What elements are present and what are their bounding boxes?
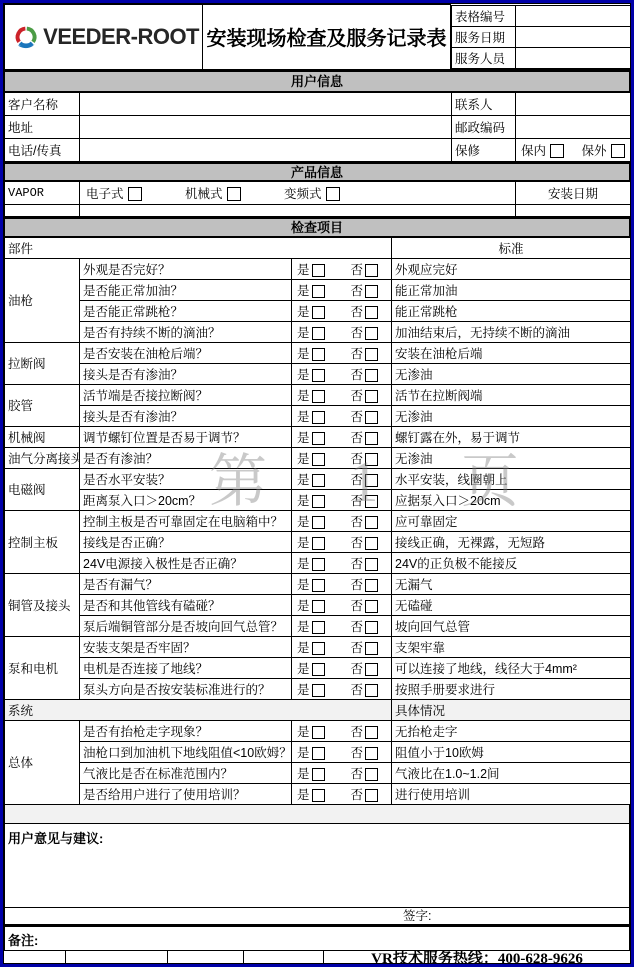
no-label: 否 [351,725,364,739]
inspection-table: 部件 标准 油枪外观是否完好？是否外观应完好是否能正常加油？是否能正常加油是否能… [4,237,631,805]
yes-checkbox[interactable] [312,537,325,550]
no-checkbox[interactable] [365,348,378,361]
no-checkbox[interactable] [365,726,378,739]
yes-checkbox[interactable] [312,579,325,592]
yes-no-cell: 是否 [292,762,392,783]
yes-no-cell: 是否 [292,468,392,489]
question-text: 是否能正常跳枪？ [80,300,292,321]
yes-checkbox[interactable] [312,432,325,445]
warranty-options: 保内 保外 [516,138,631,161]
question-text: 外观是否完好？ [80,258,292,279]
system-row: 系统具体情况 [5,699,631,720]
yes-no-cell: 是否 [292,720,392,741]
inspection-row: 胶管活节端是否接拉断阀？是否活节在拉断阀端 [5,384,631,405]
yes-no-cell: 是否 [292,678,392,699]
no-checkbox[interactable] [365,453,378,466]
yes-label: 是 [297,767,310,781]
yes-no-cell: 是否 [292,573,392,594]
yes-checkbox[interactable] [312,264,325,277]
yes-label: 是 [297,494,310,508]
inspection-row: 是否有持续不断的滴油？是否加油结束后，无持续不断的滴油 [5,321,631,342]
yes-label: 是 [297,683,310,697]
no-label: 否 [351,557,364,571]
address-label: 地址 [5,115,80,138]
inspection-row: 泵后端铜管部分是否坡向回气总管？是否坡向回气总管 [5,615,631,636]
standard-column-header: 标准 [392,237,631,258]
yes-label: 是 [297,557,310,571]
question-text: 是否安装在油枪后端？ [80,342,292,363]
no-label: 否 [351,515,364,529]
postal-code-label: 邮政编码 [452,115,516,138]
standard-text: 应可靠固定 [392,510,631,531]
yes-no-cell: 是否 [292,447,392,468]
no-checkbox[interactable] [365,558,378,571]
component-label: 泵和电机 [5,636,80,699]
warranty-out-option: 保外 [582,141,625,159]
yes-label: 是 [297,263,310,277]
signature-label: 签字: [403,909,431,923]
product-model-input[interactable] [80,204,516,216]
hotline-text: VR技术服务热线：400-628-9626 [324,951,630,965]
inspection-row: 泵和电机安装支架是否牢固？是否支架牢靠 [5,636,631,657]
warranty-in-checkbox[interactable] [550,144,564,158]
yes-no-cell: 是否 [292,300,392,321]
yes-label: 是 [297,389,310,403]
no-label: 否 [351,494,364,508]
yes-checkbox[interactable] [312,684,325,697]
type-electronic-option: 电子式 [86,184,142,202]
yes-label: 是 [297,431,310,445]
question-text: 距离泵入口＞20cm？ [80,489,292,510]
component-label: 铜管及接头 [5,573,80,636]
no-label: 否 [351,263,364,277]
no-label: 否 [351,620,364,634]
yes-checkbox[interactable] [312,453,325,466]
question-text: 是否有渗油？ [80,447,292,468]
question-text: 气液比是否在标准范围内？ [80,762,292,783]
no-checkbox[interactable] [365,621,378,634]
standard-text: 无渗油 [392,447,631,468]
no-checkbox[interactable] [365,537,378,550]
address-input[interactable] [80,115,452,138]
no-label: 否 [351,284,364,298]
standard-text: 水平安装，线圈朝上 [392,468,631,489]
yes-no-cell: 是否 [292,405,392,426]
question-text: 电机是否连接了地线？ [80,657,292,678]
no-label: 否 [351,305,364,319]
question-text: 是否能正常加油？ [80,279,292,300]
no-label: 否 [351,326,364,340]
signature-row[interactable]: 签字: [4,907,630,927]
yes-label: 是 [297,599,310,613]
header-fields: 表格编号 服务日期 服务人员 [451,5,631,71]
inspection-row: 是否能正常跳枪？是否能正常跳枪 [5,300,631,321]
no-checkbox[interactable] [365,411,378,424]
warranty-label: 保修 [452,138,516,161]
question-text: 是否给用户进行了使用培训？ [80,783,292,804]
yes-no-cell: 是否 [292,384,392,405]
question-text: 是否和其他管线有磕碰？ [80,594,292,615]
bottom-cell [244,951,324,965]
yes-no-cell: 是否 [292,279,392,300]
yes-checkbox[interactable] [312,516,325,529]
yes-label: 是 [297,578,310,592]
yes-label: 是 [297,368,310,382]
inspection-row: 是否和其他管线有磕碰？是否无磕碰 [5,594,631,615]
install-date-input[interactable] [516,204,631,216]
yes-checkbox[interactable] [312,600,325,613]
component-label: 拉断阀 [5,342,80,384]
component-label: 电磁阀 [5,468,80,510]
inspection-row: 控制主板控制主板是否可靠固定在电脑箱中？是否应可靠固定 [5,510,631,531]
bottom-cell [168,951,244,965]
yes-label: 是 [297,725,310,739]
no-label: 否 [351,746,364,760]
empty-cell [5,204,80,216]
table-row: 客户名称 联系人 [5,92,631,115]
yes-label: 是 [297,662,310,676]
phone-fax-label: 电话/传真 [5,138,80,161]
component-label: 总体 [5,720,80,804]
inspection-row: 铜管及接头是否有漏气？是否无漏气 [5,573,631,594]
form-number-input[interactable] [516,5,631,26]
component-label: 胶管 [5,384,80,426]
customer-name-label: 客户名称 [5,92,80,115]
logo-text: VEEDER-ROOT [43,24,199,50]
inspection-row: 接头是否有渗油？是否无渗油 [5,363,631,384]
no-checkbox[interactable] [365,285,378,298]
inspection-row: 24V电源接入极性是否正确？是否24V的正负极不能接反 [5,552,631,573]
component-label: 控制主板 [5,510,80,573]
inspection-row: 接头是否有渗油？是否无渗油 [5,405,631,426]
type-mechanical-checkbox[interactable] [227,187,241,201]
yes-checkbox[interactable] [312,663,325,676]
yes-label: 是 [297,746,310,760]
standard-text: 外观应完好 [392,258,631,279]
standard-text: 能正常跳枪 [392,300,631,321]
standard-text: 无渗油 [392,363,631,384]
inspection-row: 气液比是否在标准范围内？是否气液比在1.0~1.2间 [5,762,631,783]
no-checkbox[interactable] [365,684,378,697]
remarks-label: 备注: [8,933,38,948]
yes-label: 是 [297,515,310,529]
standard-text: 安装在油枪后端 [392,342,631,363]
table-row: 地址 邮政编码 [5,115,631,138]
no-checkbox[interactable] [365,642,378,655]
yes-checkbox[interactable] [312,390,325,403]
no-label: 否 [351,641,364,655]
component-label: 油气分离接头 [5,447,80,468]
type-mechanical-label: 机械式 [185,187,223,201]
yes-label: 是 [297,641,310,655]
service-date-label: 服务日期 [452,26,516,47]
remarks-row[interactable]: 备注: [4,927,630,951]
standard-text: 坡向回气总管 [392,615,631,636]
question-text: 安装支架是否牢固？ [80,636,292,657]
no-checkbox[interactable] [365,369,378,382]
yes-checkbox[interactable] [312,369,325,382]
standard-text: 支架牢靠 [392,636,631,657]
yes-checkbox[interactable] [312,726,325,739]
question-text: 接线是否正确？ [80,531,292,552]
yes-checkbox[interactable] [312,558,325,571]
phone-fax-input[interactable] [80,138,452,161]
yes-label: 是 [297,326,310,340]
standard-text: 无抬枪走字 [392,720,631,741]
section-user-info: 用户信息 [4,72,630,92]
yes-checkbox[interactable] [312,495,325,508]
standard-text: 活节在拉断阀端 [392,384,631,405]
warranty-in-label: 保内 [521,144,546,158]
type-electronic-label: 电子式 [86,187,124,201]
yes-no-cell: 是否 [292,489,392,510]
yes-checkbox[interactable] [312,285,325,298]
yes-checkbox[interactable] [312,327,325,340]
no-label: 否 [351,389,364,403]
form-header: VEEDER-ROOT 安装现场检查及服务记录表 表格编号 服务日期 [4,4,631,72]
yes-no-cell: 是否 [292,258,392,279]
product-type-options: 电子式 机械式 变频式 [80,181,516,204]
type-vfd-checkbox[interactable] [326,187,340,201]
inspection-row: 泵头方向是否按安装标准进行的？是否按照手册要求进行 [5,678,631,699]
question-text: 是否有抬枪走字现象？ [80,720,292,741]
no-label: 否 [351,578,364,592]
no-checkbox[interactable] [365,579,378,592]
standard-text: 加油结束后，无持续不断的滴油 [392,321,631,342]
question-text: 是否水平安装？ [80,468,292,489]
yes-checkbox[interactable] [312,789,325,802]
bottom-cell [66,951,168,965]
yes-label: 是 [297,788,310,802]
yes-label: 是 [297,410,310,424]
service-person-label: 服务人员 [452,47,516,68]
logo-cell: VEEDER-ROOT [5,5,203,71]
no-checkbox[interactable] [365,306,378,319]
yes-checkbox[interactable] [312,747,325,760]
question-text: 接头是否有渗油？ [80,363,292,384]
yes-label: 是 [297,452,310,466]
system-standard-label: 具体情况 [392,699,631,720]
yes-no-cell: 是否 [292,594,392,615]
standard-text: 无磕碰 [392,594,631,615]
yes-no-cell: 是否 [292,741,392,762]
form-title: 安装现场检查及服务记录表 [203,5,451,71]
inspection-row: 是否能正常加油？是否能正常加油 [5,279,631,300]
contact-person-label: 联系人 [452,92,516,115]
question-text: 控制主板是否可靠固定在电脑箱中？ [80,510,292,531]
yes-checkbox[interactable] [312,768,325,781]
no-label: 否 [351,368,364,382]
yes-no-cell: 是否 [292,657,392,678]
standard-text: 螺钉露在外，易于调节 [392,426,631,447]
yes-label: 是 [297,305,310,319]
bottom-row: VR技术服务热线：400-628-9626 [4,951,630,965]
no-label: 否 [351,410,364,424]
section-product-info: 产品信息 [4,162,630,181]
inspection-row: 油枪外观是否完好？是否外观应完好 [5,258,631,279]
standard-text: 24V的正负极不能接反 [392,552,631,573]
vapor-label: VAPOR [5,181,80,204]
yes-label: 是 [297,347,310,361]
product-info-table: VAPOR 电子式 机械式 变频式 安装日期 [4,181,631,217]
question-text: 是否有漏气？ [80,573,292,594]
install-date-label: 安装日期 [516,181,631,204]
standard-text: 应据泵入口＞20cm [392,489,631,510]
yes-no-cell: 是否 [292,363,392,384]
question-text: 泵头方向是否按安装标准进行的？ [80,678,292,699]
no-label: 否 [351,683,364,697]
inspection-row: 距离泵入口＞20cm？是否应据泵入口＞20cm [5,489,631,510]
standard-text: 无渗油 [392,405,631,426]
inspection-row: 电机是否连接了地线？是否可以连接了地线，线径大于4mm² [5,657,631,678]
no-checkbox[interactable] [365,768,378,781]
form-page: VEEDER-ROOT 安装现场检查及服务记录表 表格编号 服务日期 [0,0,634,967]
system-label: 系统 [5,699,392,720]
standard-text: 进行使用培训 [392,783,631,804]
yes-no-cell: 是否 [292,636,392,657]
no-checkbox[interactable] [365,264,378,277]
yes-checkbox[interactable] [312,411,325,424]
no-label: 否 [351,452,364,466]
section-inspection: 检查项目 [4,217,630,237]
no-label: 否 [351,431,364,445]
yes-no-cell: 是否 [292,426,392,447]
type-mechanical-option: 机械式 [185,184,241,202]
yes-no-cell: 是否 [292,615,392,636]
no-label: 否 [351,788,364,802]
no-checkbox[interactable] [365,747,378,760]
inspection-header-row: 部件 标准 [5,237,631,258]
contact-person-input[interactable] [516,92,631,115]
inspection-row: 是否给用户进行了使用培训？是否进行使用培训 [5,783,631,804]
inspection-row: 机械阀调节螺钉位置是否易于调节？是否螺钉露在外，易于调节 [5,426,631,447]
question-text: 油枪口到加油机下地线阻值<10欧姆？ [80,741,292,762]
yes-no-cell: 是否 [292,783,392,804]
yes-label: 是 [297,473,310,487]
question-text: 调节螺钉位置是否易于调节？ [80,426,292,447]
service-date-input[interactable] [516,26,631,47]
standard-text: 可以连接了地线，线径大于4mm² [392,657,631,678]
no-label: 否 [351,347,364,361]
question-text: 接头是否有渗油？ [80,405,292,426]
comments-label: 用户意见与建议: [5,824,629,847]
question-text: 24V电源接入极性是否正确？ [80,552,292,573]
no-checkbox[interactable] [365,600,378,613]
yes-no-cell: 是否 [292,342,392,363]
postal-code-input[interactable] [516,115,631,138]
standard-text: 按照手册要求进行 [392,678,631,699]
question-text: 泵后端铜管部分是否坡向回气总管？ [80,615,292,636]
warranty-out-checkbox[interactable] [611,144,625,158]
customer-name-input[interactable] [80,92,452,115]
bottom-cell [4,951,66,965]
standard-text: 阻值小于10欧姆 [392,741,631,762]
yes-no-cell: 是否 [292,510,392,531]
no-label: 否 [351,599,364,613]
yes-label: 是 [297,536,310,550]
no-label: 否 [351,662,364,676]
type-vfd-option: 变频式 [284,184,340,202]
table-row: 电话/传真 保修 保内 保外 [5,138,631,161]
standard-text: 接线正确，无裸露，无短路 [392,531,631,552]
question-text: 是否有持续不断的滴油？ [80,321,292,342]
inspection-row: 油气分离接头是否有渗油？是否无渗油 [5,447,631,468]
comments-section[interactable]: 用户意见与建议: [4,824,630,907]
no-checkbox[interactable] [365,390,378,403]
no-checkbox[interactable] [365,663,378,676]
user-info-table: 客户名称 联系人 地址 邮政编码 电话/传真 保修 保内 保外 [4,92,631,162]
yes-no-cell: 是否 [292,552,392,573]
no-label: 否 [351,473,364,487]
yes-label: 是 [297,620,310,634]
no-checkbox[interactable] [365,327,378,340]
type-vfd-label: 变频式 [284,187,322,201]
form-number-label: 表格编号 [452,5,516,26]
form-container: VEEDER-ROOT 安装现场检查及服务记录表 表格编号 服务日期 [3,3,631,964]
standard-text: 气液比在1.0~1.2间 [392,762,631,783]
no-checkbox[interactable] [365,495,378,508]
yes-no-cell: 是否 [292,321,392,342]
veeder-root-logo-icon [13,18,39,56]
standard-text: 无漏气 [392,573,631,594]
yes-checkbox[interactable] [312,642,325,655]
no-checkbox[interactable] [365,432,378,445]
no-checkbox[interactable] [365,474,378,487]
component-column-header: 部件 [5,237,392,258]
question-text: 活节端是否接拉断阀？ [80,384,292,405]
component-label: 油枪 [5,258,80,342]
type-electronic-checkbox[interactable] [128,187,142,201]
no-checkbox[interactable] [365,789,378,802]
service-person-input[interactable] [516,47,631,68]
no-label: 否 [351,536,364,550]
inspection-row: 接线是否正确？是否接线正确，无裸露，无短路 [5,531,631,552]
yes-checkbox[interactable] [312,348,325,361]
table-row [5,204,631,216]
yes-checkbox[interactable] [312,306,325,319]
spacer-band [4,805,630,824]
yes-checkbox[interactable] [312,621,325,634]
warranty-out-label: 保外 [582,144,607,158]
yes-label: 是 [297,284,310,298]
inspection-row: 电磁阀是否水平安装？是否水平安装，线圈朝上 [5,468,631,489]
no-label: 否 [351,767,364,781]
no-checkbox[interactable] [365,516,378,529]
yes-checkbox[interactable] [312,474,325,487]
inspection-row: 油枪口到加油机下地线阻值<10欧姆？是否阻值小于10欧姆 [5,741,631,762]
component-label: 机械阀 [5,426,80,447]
warranty-in-option: 保内 [521,141,564,159]
table-row: VAPOR 电子式 机械式 变频式 安装日期 [5,181,631,204]
standard-text: 能正常加油 [392,279,631,300]
inspection-row: 总体是否有抬枪走字现象？是否无抬枪走字 [5,720,631,741]
inspection-row: 拉断阀是否安装在油枪后端？是否安装在油枪后端 [5,342,631,363]
yes-no-cell: 是否 [292,531,392,552]
